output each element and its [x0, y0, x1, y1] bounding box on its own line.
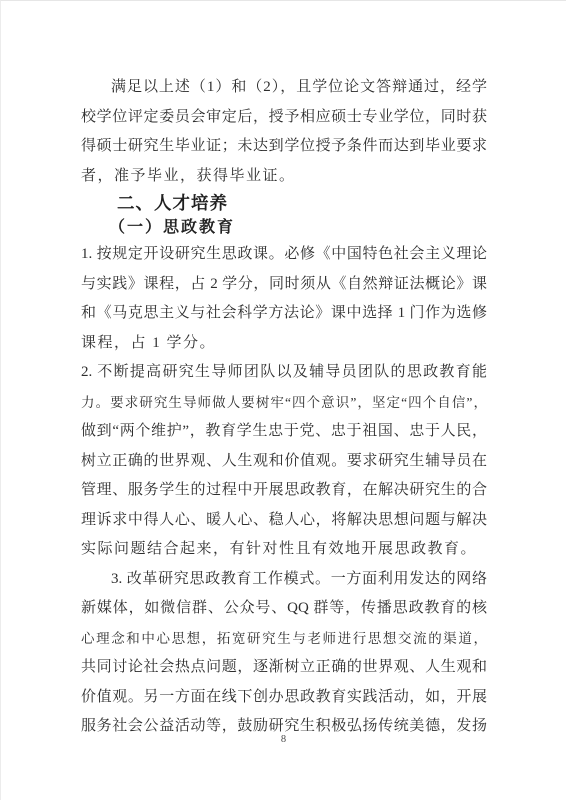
text-line: 满足以上述（1）和（2），且学位论文答辩通过，经学: [81, 73, 487, 103]
text-line: 实际问题结合起来，有针对性且有效地开展思政教育。: [81, 535, 487, 565]
paragraph-item-1: 1. 按规定开设研究生思政课。必修《中国特色社会主义理论 与实践》课程，占 2 …: [81, 240, 487, 358]
document-page: 满足以上述（1）和（2），且学位论文答辩通过，经学 校学位评定委员会审定后，授予…: [0, 0, 566, 800]
text-line: 2. 不断提高研究生导师团队以及辅导员团队的思政教育能: [81, 358, 487, 388]
text-line: 做到“两个维护”，教育学生忠于党、忠于祖国、忠于人民，: [81, 417, 487, 447]
text-line: 新媒体，如微信群、公众号、QQ 群等，传播思政教育的核: [81, 594, 487, 624]
text-line: 与实践》课程，占 2 学分，同时须从《自然辩证法概论》课: [81, 270, 487, 300]
text-line: 管理、服务学生的过程中开展思政教育，在解决研究生的合: [81, 476, 487, 506]
text-block: 满足以上述（1）和（2），且学位论文答辩通过，经学 校学位评定委员会审定后，授予…: [81, 73, 487, 742]
text-line: 课程，占 1 学分。: [81, 329, 487, 359]
text-line: 者，准予毕业，获得毕业证。: [81, 162, 487, 192]
paragraph-item-2: 2. 不断提高研究生导师团队以及辅导员团队的思政教育能 力。要求研究生导师做人要…: [81, 358, 487, 565]
paragraph-item-3: 3. 改革研究思政教育工作模式。一方面利用发达的网络 新媒体，如微信群、公众号、…: [81, 565, 487, 742]
text-line: 价值观。另一方面在线下创办思政教育实践活动，如，开展: [81, 683, 487, 713]
text-line: 共同讨论社会热点问题，逐渐树立正确的世界观、人生观和: [81, 653, 487, 683]
text-line: 理诉求中得人心、暖人心、稳人心，将解决思想问题与解决: [81, 506, 487, 536]
text-line: 心理念和中心思想，拓宽研究生与老师进行思想交流的渠道，: [81, 624, 487, 654]
subsection-heading: （一）思政教育: [81, 216, 487, 240]
section-heading: 二、人才培养: [81, 191, 487, 216]
paragraph-intro: 满足以上述（1）和（2），且学位论文答辩通过，经学 校学位评定委员会审定后，授予…: [81, 73, 487, 191]
text-line: 力。要求研究生导师做人要树牢“四个意识”，坚定“四个自信”，: [81, 388, 487, 418]
text-line: 3. 改革研究思政教育工作模式。一方面利用发达的网络: [81, 565, 487, 595]
text-line: 1. 按规定开设研究生思政课。必修《中国特色社会主义理论: [81, 240, 487, 270]
text-line: 树立正确的世界观、人生观和价值观。要求研究生辅导员在: [81, 447, 487, 477]
text-line: 得硕士研究生毕业证；未达到学位授予条件而达到毕业要求: [81, 132, 487, 162]
text-line: 和《马克思主义与社会科学方法论》课中选择 1 门作为选修: [81, 299, 487, 329]
text-line: 校学位评定委员会审定后，授予相应硕士专业学位，同时获: [81, 103, 487, 133]
page-number: 8: [1, 734, 566, 745]
